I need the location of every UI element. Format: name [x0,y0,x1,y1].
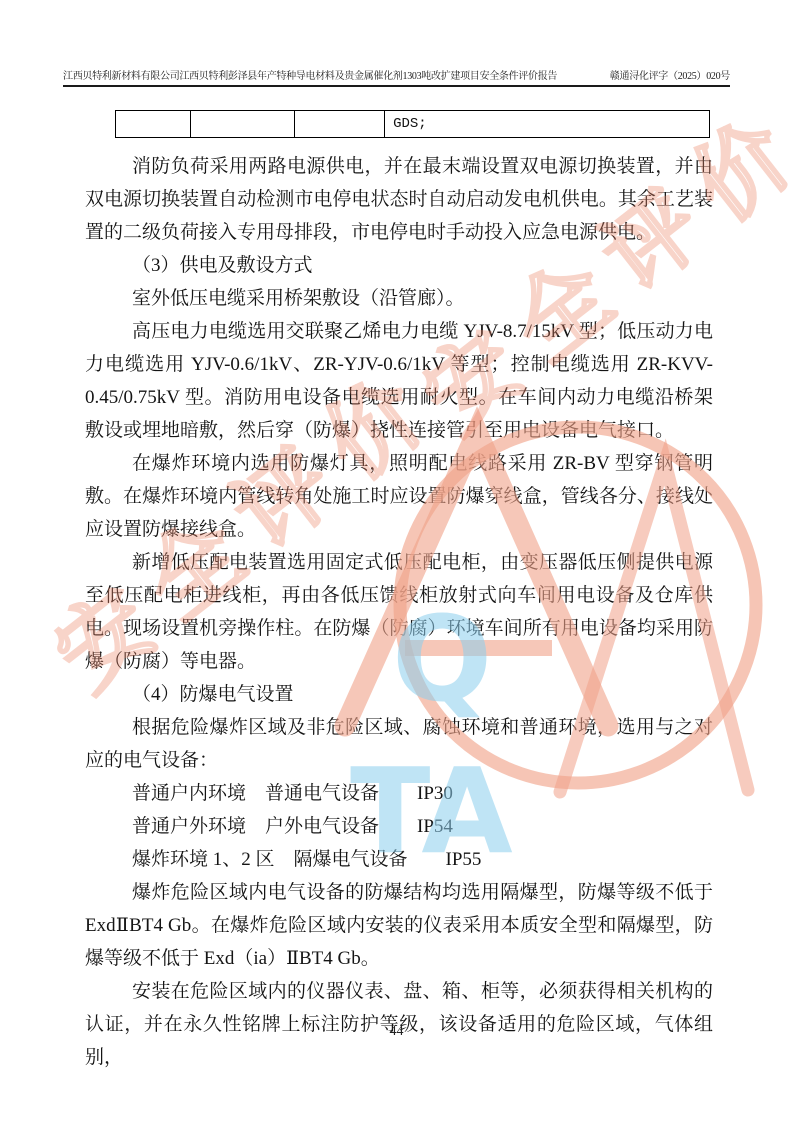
page-number: 44 [0,1024,793,1040]
body-text: 消防负荷采用两路电源供电，并在最末端设置双电源切换装置，并由双电源切换装置自动检… [85,150,713,1074]
document-page: 江西贝特利新材料有限公司江西贝特利彭泽县年产特种导电材料及贵金属催化剂1303吨… [0,0,793,1122]
header-document-number: 赣通浔化评字（2025）020号 [610,67,730,82]
section-heading: （4）防爆电气设置 [85,678,713,711]
table-cell [191,111,296,137]
paragraph: 新增低压配电装置选用固定式低压配电柜，由变压器低压侧提供电源至低压配电柜进线柜，… [85,546,713,678]
paragraph: 高压电力电缆选用交联聚乙烯电力电缆 YJV-8.7/15kV 型；低压动力电力电… [85,315,713,447]
paragraph: 爆炸危险区域内电气设备的防爆结构均选用隔爆型，防爆等级不低于 ExdⅡBT4 G… [85,876,713,975]
table-cell [295,111,385,137]
ip-rating-line: 普通户外环境 户外电气设备 IP54 [85,810,713,843]
paragraph: 根据危险爆炸区域及非危险区域、腐蚀环境和普通环境，选用与之对应的电气设备： [85,711,713,777]
page-header: 江西贝特利新材料有限公司江西贝特利彭泽县年产特种导电材料及贵金属催化剂1303吨… [63,58,730,87]
table-cell [116,111,191,137]
paragraph: 在爆炸环境内选用防爆灯具，照明配电线路采用 ZR-BV 型穿钢管明敷。在爆炸环境… [85,447,713,546]
paragraph: 消防负荷采用两路电源供电，并在最末端设置双电源切换装置，并由双电源切换装置自动检… [85,150,713,249]
table-cell-gds: GDS; [385,111,709,137]
section-heading: （3）供电及敷设方式 [85,249,713,282]
ip-rating-line: 普通户内环境 普通电气设备 IP30 [85,777,713,810]
ip-rating-line: 爆炸环境 1、2 区 隔爆电气设备 IP55 [85,843,713,876]
paragraph: 室外低压电缆采用桥架敷设（沿管廊）。 [85,282,713,315]
header-report-title: 江西贝特利新材料有限公司江西贝特利彭泽县年产特种导电材料及贵金属催化剂1303吨… [63,67,557,82]
table-fragment: GDS; [115,110,710,138]
